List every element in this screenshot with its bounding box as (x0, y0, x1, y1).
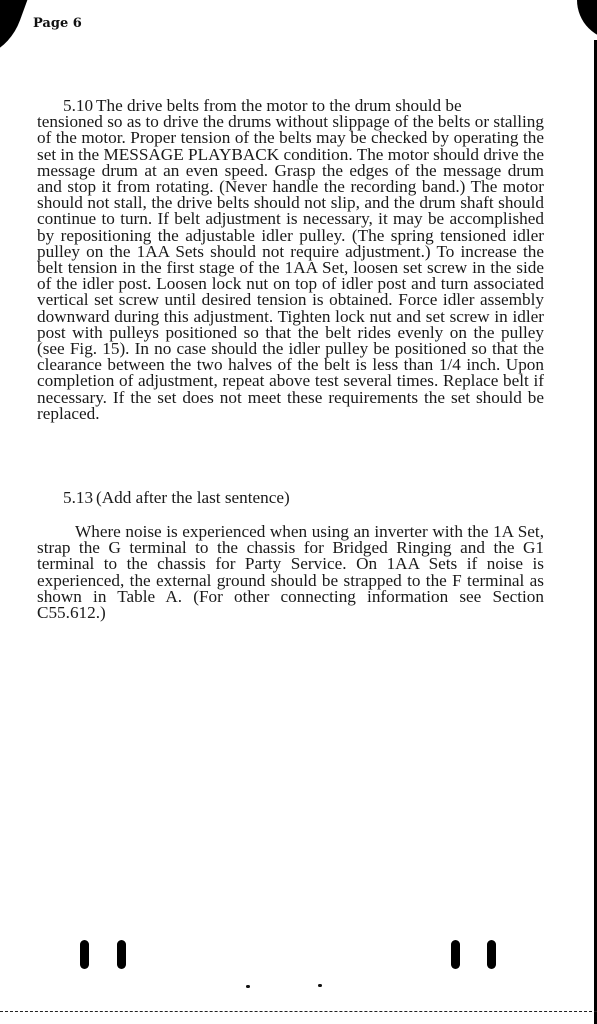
section-5-13-heading: 5.13(Add after the last sentence) (37, 490, 544, 506)
binder-hole-mark (451, 940, 460, 969)
scan-speck (246, 985, 250, 988)
section-5-13-instruction: (Add after the last sentence) (96, 488, 290, 507)
page-bottom-edge (0, 1011, 597, 1012)
binder-hole-mark (80, 940, 89, 969)
binder-hole-mark (117, 940, 126, 969)
scan-corner-mark (577, 0, 597, 40)
scan-speck (318, 984, 322, 987)
page-number: Page 6 (33, 16, 82, 31)
binder-hole-mark (487, 940, 496, 969)
section-5-13-body: Where noise is experienced when using an… (37, 524, 544, 621)
scan-corner-mark (0, 0, 37, 77)
section-number: 5.13 (50, 490, 96, 506)
section-5-10: 5.10The drive belts from the motor to th… (37, 98, 544, 422)
section-5-10-body: tensioned so as to drive the drums witho… (37, 114, 544, 422)
